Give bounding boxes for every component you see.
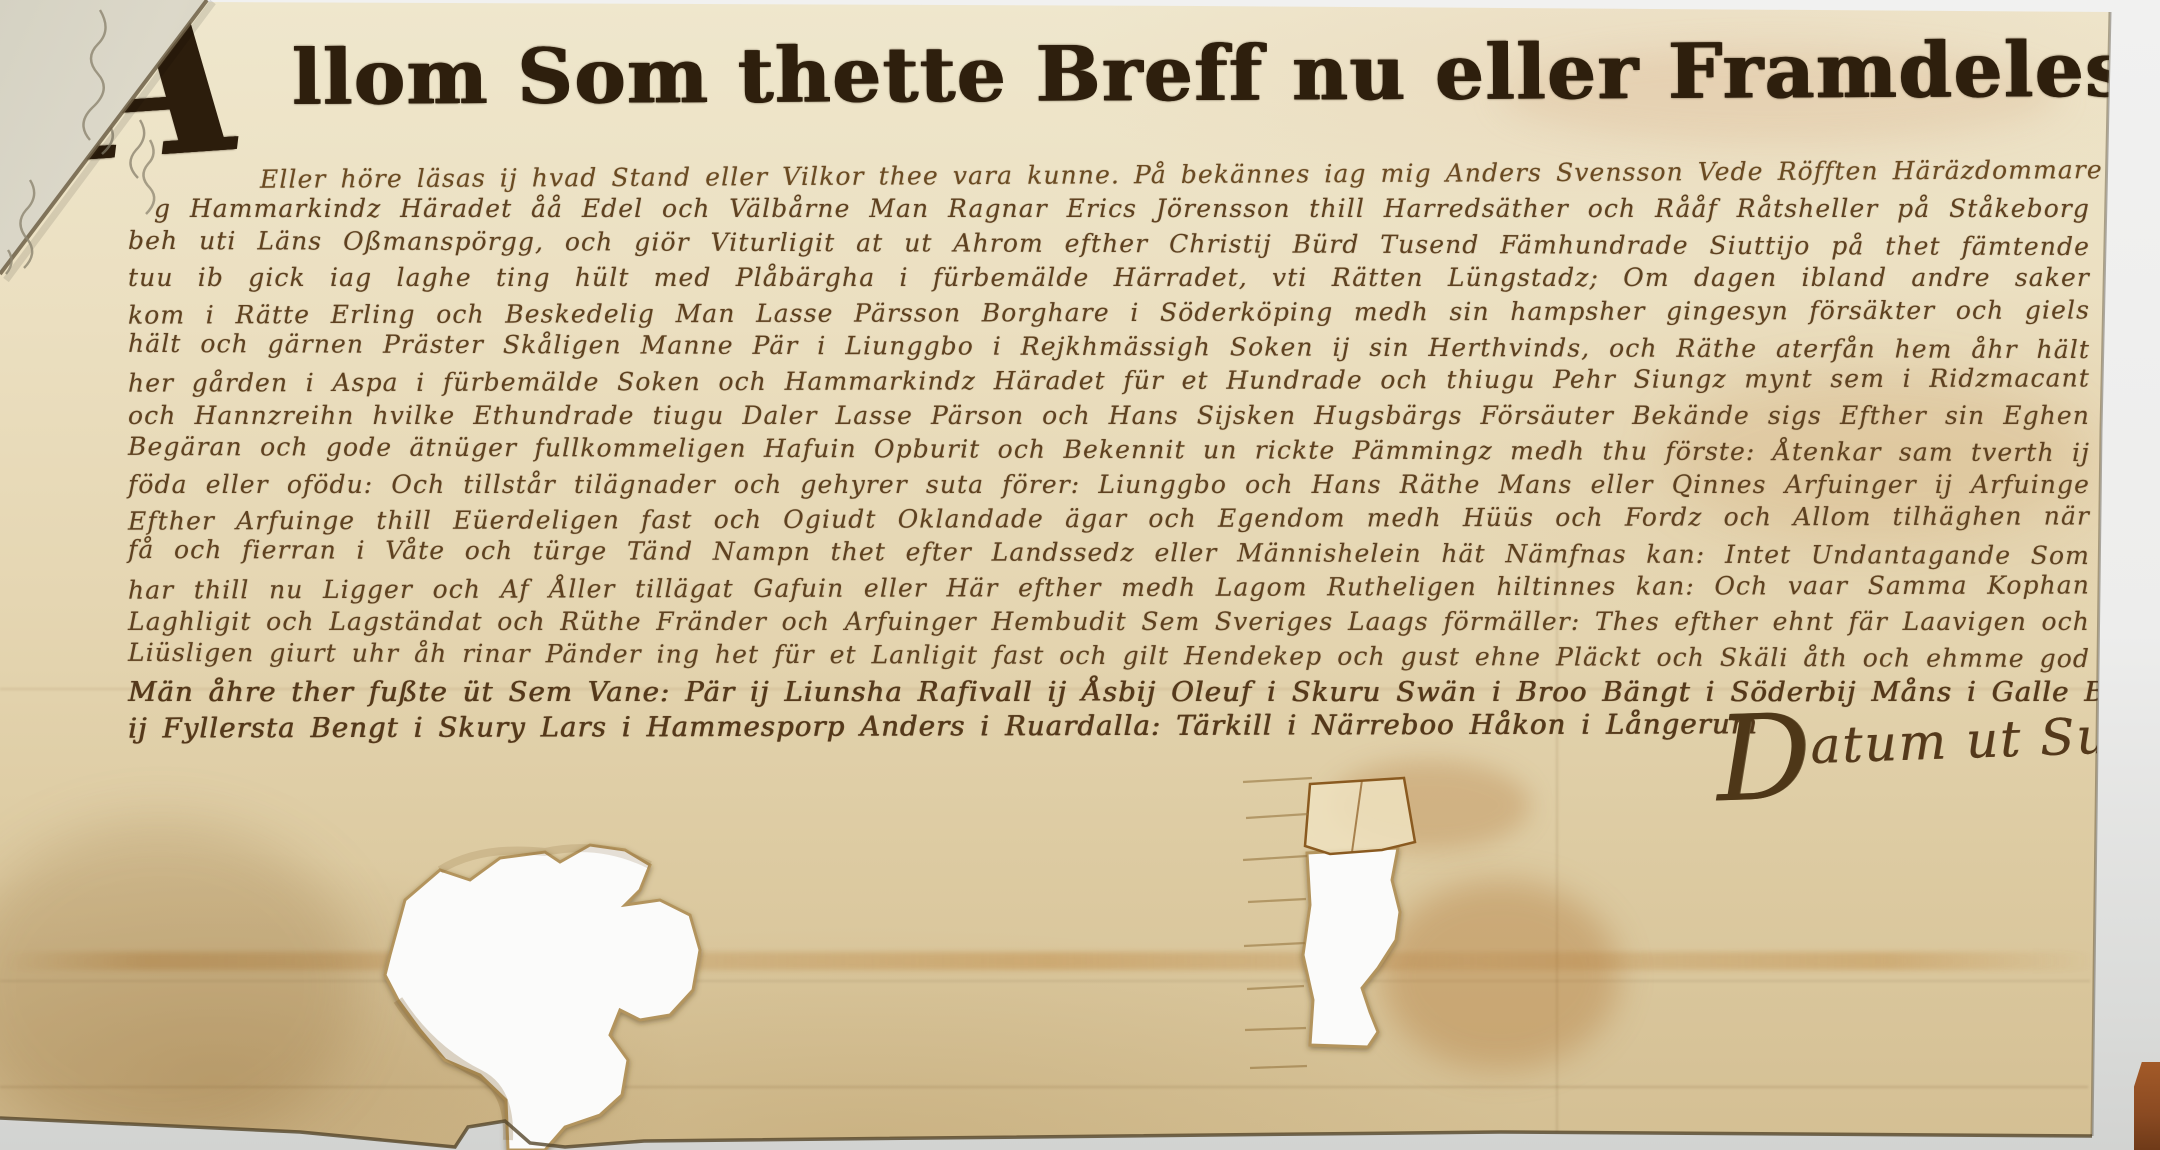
text-line: har thill nu Ligger och Af Åller tilläga… bbox=[128, 570, 2090, 610]
text-line: föda eller ofödu: Och tillstår tilägnade… bbox=[128, 470, 2090, 504]
text-line: tuu ib gick iag laghe ting hült med Plåb… bbox=[128, 263, 2090, 297]
hole-stain bbox=[1330, 760, 1530, 850]
hole-stain bbox=[1380, 880, 1620, 1070]
text-line: och Hannzreihn hvilke Ethundrade tiugu D… bbox=[128, 401, 2090, 435]
body-text: Eller höre läsas ij hvad Stand eller Vil… bbox=[128, 160, 2090, 745]
datum-initial: D bbox=[1714, 687, 1813, 828]
text-line: Liüsligen giurt uhr åh rinar Pänder ing … bbox=[128, 638, 2090, 679]
header-line: llom Som thette Breff nu eller Framdeles… bbox=[292, 32, 2082, 116]
text-line: beh uti Läns Oßmanspörgg, och giör Vitur… bbox=[128, 226, 2090, 267]
parchment-sheet: A llom Som thette Breff nu eller Framdel… bbox=[0, 0, 2160, 1150]
text-line: Eller höre läsas ij hvad Stand eller Vil… bbox=[260, 155, 2090, 199]
text-line: g Hammarkindz Häradet åå Edel och Välbår… bbox=[154, 194, 2090, 228]
text-line: få och fierran i Våte och türge Tänd Nam… bbox=[128, 535, 2090, 576]
text-line: her gården i Aspa i fürbemälde Soken och… bbox=[128, 364, 2090, 404]
datum-signature: Datum ut Supra bbox=[1715, 704, 2160, 796]
photo-backdrop: A llom Som thette Breff nu eller Framdel… bbox=[0, 0, 2160, 1150]
table-corner bbox=[2134, 1062, 2160, 1150]
text-line: Laghligit och Lagständat och Rüthe Fränd… bbox=[128, 607, 2090, 641]
parchment-stain bbox=[0, 820, 360, 1150]
text-line: Begäran och gode ätnüger fullkommeligen … bbox=[128, 432, 2090, 473]
text-line: kom i Rätte Erling och Beskedelig Man La… bbox=[128, 295, 2090, 335]
